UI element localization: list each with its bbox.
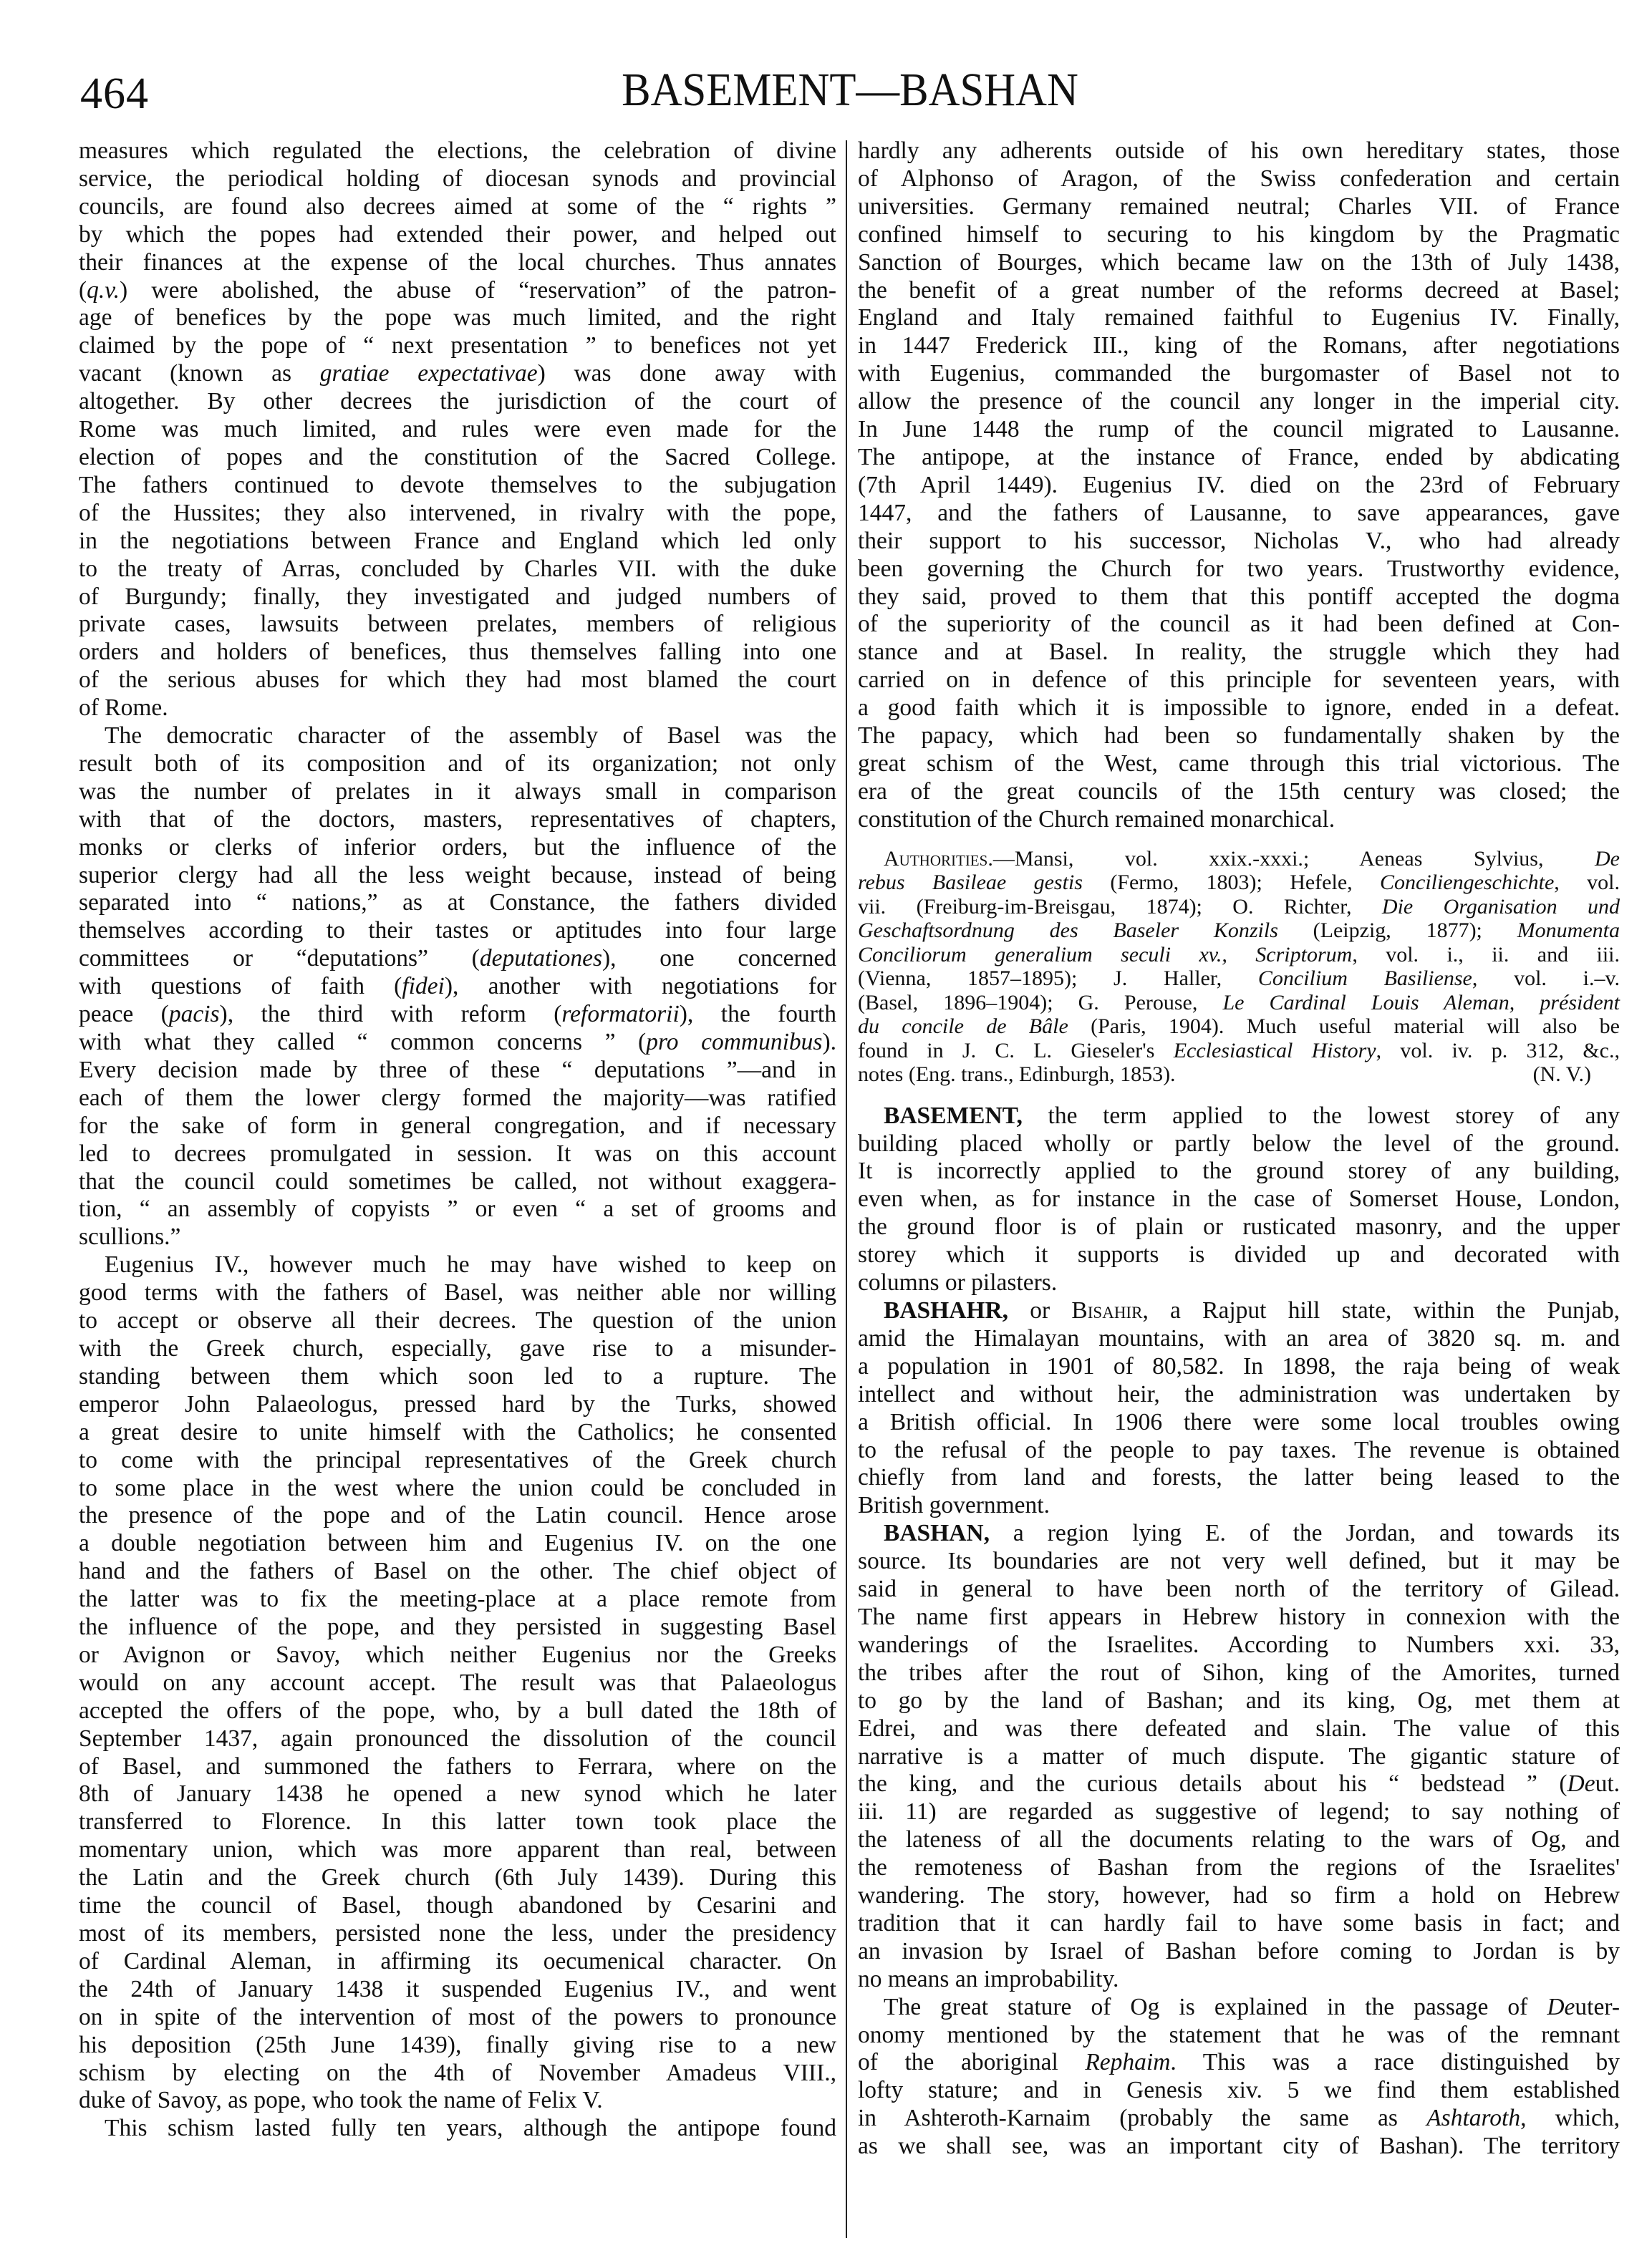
- text-line: the influence of the pope, and they pers…: [79, 1614, 836, 1642]
- text-line: committees or “deputations” (deputatione…: [79, 945, 836, 973]
- alt-prefix: or: [1008, 1297, 1071, 1324]
- text-line: the king, and the curious details about …: [858, 1770, 1620, 1798]
- text-line: claimed by the pope of “ next presentati…: [79, 332, 836, 360]
- text-line: source. Its boundaries are not very well…: [858, 1548, 1620, 1576]
- text-line: to the refusal of the people to pay taxe…: [858, 1437, 1620, 1465]
- entry-headword: BASHAHR,: [884, 1297, 1008, 1324]
- text-line: good terms with the fathers of Basel, wa…: [79, 1279, 836, 1307]
- text-line: to come with the principal representativ…: [79, 1447, 836, 1475]
- text-line: tradition that it can hardly fail to hav…: [858, 1910, 1620, 1938]
- text-line: been governing the Church for two years.…: [858, 556, 1620, 583]
- text-line: The name first appears in Hebrew history…: [858, 1604, 1620, 1632]
- text-line: the lateness of all the documents relati…: [858, 1826, 1620, 1854]
- text-line: superior clergy had all the less weight …: [79, 862, 836, 890]
- text-line: in the negotiations between France and E…: [79, 528, 836, 556]
- text-line: transferred to Florence. In this latter …: [79, 1808, 836, 1836]
- text-line: result both of its composition and of it…: [79, 750, 836, 778]
- text-line: This schism lasted fully ten years, alth…: [79, 2115, 836, 2143]
- text-line: found in J. C. L. Gieseler's Ecclesiasti…: [858, 1039, 1620, 1063]
- text-line: Rome was much limited, and rules were ev…: [79, 416, 836, 444]
- text-line: councils, are found also decrees aimed a…: [79, 193, 836, 221]
- entry-headword: BASEMENT,: [884, 1102, 1023, 1129]
- text-line: BASHAHR, or Bisahir, a Rajput hill state…: [858, 1297, 1620, 1325]
- text-line: measures which regulated the elections, …: [79, 137, 836, 165]
- text-line: wandering. The story, however, had so fi…: [858, 1882, 1620, 1910]
- text-line: was the number of prelates in it always …: [79, 778, 836, 806]
- text-line: by which the popes had extended their po…: [79, 221, 836, 249]
- text-line: (q.v.) were abolished, the abuse of “res…: [79, 277, 836, 305]
- text-line: onomy mentioned by the statement that he…: [858, 2022, 1620, 2050]
- text-line: age of benefices by the pope was much li…: [79, 304, 836, 332]
- text-line: great schism of the West, came through t…: [858, 750, 1620, 778]
- text-line: lofty stature; and in Genesis xiv. 5 we …: [858, 2077, 1620, 2105]
- dictionary-entry: BASHAHR, or Bisahir, a Rajput hill state…: [858, 1297, 1620, 1520]
- text-line: of the serious abuses for which they had…: [79, 667, 836, 694]
- text-line: their finances at the expense of the loc…: [79, 249, 836, 277]
- text-line: hand and the fathers of Basel on the oth…: [79, 1558, 836, 1586]
- text-line: each of them the lower clergy formed the…: [79, 1085, 836, 1113]
- entry-text: the term applied to the lowest storey of…: [1023, 1102, 1620, 1129]
- text-line: the presence of the pope and of the Lati…: [79, 1502, 836, 1530]
- entry-headword: BASHAN,: [884, 1520, 990, 1546]
- text-line: amid the Himalayan mountains, with an ar…: [858, 1325, 1620, 1353]
- alternate-name: Bisahir: [1071, 1297, 1142, 1324]
- entry-text: a region lying E. of the Jordan, and tow…: [990, 1520, 1620, 1546]
- page-number: 464: [80, 69, 149, 120]
- text-line: of Burgundy; finally, they investigated …: [79, 583, 836, 611]
- text-line: allow the presence of the council any lo…: [858, 388, 1620, 416]
- column-divider: [846, 140, 847, 2238]
- text-line: constitution of the Church remained mona…: [858, 806, 1620, 834]
- text-line: would on any account accept. The result …: [79, 1669, 836, 1697]
- text-line: tion, “ an assembly of copyists ” or eve…: [79, 1196, 836, 1223]
- text-line: of the Hussites; they also intervened, i…: [79, 500, 836, 528]
- text-line: (Basel, 1896–1904); G. Perouse, Le Cardi…: [858, 991, 1620, 1015]
- text-line: the benefit of a great number of the ref…: [858, 277, 1620, 305]
- text-line: universities. Germany remained neutral; …: [858, 193, 1620, 221]
- text-line: a British official. In 1906 there were s…: [858, 1409, 1620, 1437]
- text-line: confined himself to securing to his king…: [858, 221, 1620, 249]
- dictionary-entry: BASHAN, a region lying E. of the Jordan,…: [858, 1520, 1620, 1993]
- text-line: election of popes and the constitution o…: [79, 444, 836, 472]
- text-line: to go by the land of Bashan; and its kin…: [858, 1687, 1620, 1715]
- text-line: Geschaftsordnung des Baseler Konzils (Le…: [858, 919, 1620, 943]
- author-signature: (N. V.): [1533, 1062, 1591, 1087]
- text-line: of the aboriginal Rephaim. This was a ra…: [858, 2049, 1620, 2077]
- text-line: hardly any adherents outside of his own …: [858, 137, 1620, 165]
- paragraph: Eugenius IV., however much he may have w…: [79, 1251, 836, 2115]
- text-line: Edrei, and was there defeated and slain.…: [858, 1715, 1620, 1743]
- text-line: Sanction of Bourges, which became law on…: [858, 249, 1620, 277]
- text-line: vii. (Freiburg-im-Breisgau, 1874); O. Ri…: [858, 895, 1620, 919]
- text-line: intellect and without heir, the administ…: [858, 1381, 1620, 1409]
- text-line: storey which it supports is divided up a…: [858, 1241, 1620, 1269]
- text-line: in Ashteroth-Karnaim (probably the same …: [858, 2105, 1620, 2133]
- text-line: an invasion by Israel of Bashan before c…: [858, 1938, 1620, 1966]
- text-line: his deposition (25th June 1439), finally…: [79, 2032, 836, 2060]
- text-line: monks or clerks of inferior orders, but …: [79, 834, 836, 862]
- text-line: accepted the offers of the pope, who, by…: [79, 1697, 836, 1725]
- text-line: of Alphonso of Aragon, of the Swiss conf…: [858, 165, 1620, 193]
- text-line: with questions of faith (fidei), another…: [79, 973, 836, 1001]
- authorities-label: Authorities.: [884, 847, 993, 871]
- text-line: with what they called “ common concerns …: [79, 1029, 836, 1057]
- text-line: Conciliorum generalium seculi xv., Scrip…: [858, 943, 1620, 967]
- text-line: their support to his successor, Nicholas…: [858, 528, 1620, 556]
- text-line: altogether. By other decrees the jurisdi…: [79, 388, 836, 416]
- text-line: to some place in the west where the unio…: [79, 1475, 836, 1503]
- text-line: BASHAN, a region lying E. of the Jordan,…: [858, 1520, 1620, 1548]
- text-line: It is incorrectly applied to the ground …: [858, 1158, 1620, 1186]
- paragraph: The democratic character of the assembly…: [79, 722, 836, 1251]
- text-line: they said, proved to them that this pont…: [858, 583, 1620, 611]
- text-line: narrative is a matter of much dispute. T…: [858, 1743, 1620, 1771]
- text-line: no means an improbability.: [858, 1966, 1620, 1994]
- text-line: (7th April 1449). Eugenius IV. died on t…: [858, 472, 1620, 500]
- text-line: 8th of January 1438 he opened a new syno…: [79, 1780, 836, 1808]
- text-line: the ground floor is of plain or rusticat…: [858, 1213, 1620, 1241]
- text-line: The papacy, which had been so fundamenta…: [858, 722, 1620, 750]
- text-line: orders and holders of benefices, thus th…: [79, 639, 836, 667]
- entry-text: , a Rajput hill state, within the Punjab…: [1142, 1297, 1620, 1324]
- text-line: service, the periodical holding of dioce…: [79, 165, 836, 193]
- text-line: The democratic character of the assembly…: [79, 722, 836, 750]
- text-line: of Cardinal Aleman, in affirming its oec…: [79, 1948, 836, 1976]
- text-line: to accept or observe all their decrees. …: [79, 1307, 836, 1335]
- text-line: private cases, lawsuits between prelates…: [79, 611, 836, 639]
- text-line: a good faith which it is impossible to i…: [858, 694, 1620, 722]
- paragraph: measures which regulated the elections, …: [79, 137, 836, 722]
- text-line: of the superiority of the council as it …: [858, 611, 1620, 639]
- text-line: on in spite of the intervention of most …: [79, 2004, 836, 2032]
- running-title: BASEMENT—BASHAN: [142, 63, 1558, 117]
- authorities-section: Authorities.—Mansi, vol. xxix.-xxxi.; Ae…: [858, 847, 1620, 1087]
- left-column: measures which regulated the elections, …: [79, 137, 836, 2143]
- text-line: said in general to have been north of th…: [858, 1576, 1620, 1604]
- text-line: a double negotiation between him and Eug…: [79, 1530, 836, 1558]
- text-line: peace (pacis), the third with reform (re…: [79, 1001, 836, 1029]
- text-line: the Latin and the Greek church (6th July…: [79, 1864, 836, 1892]
- text-line: duke of Savoy, as pope, who took the nam…: [79, 2087, 836, 2115]
- text-line: with the Greek church, especially, gave …: [79, 1335, 836, 1363]
- text-line: building placed wholly or partly below t…: [858, 1130, 1620, 1158]
- text-line: most of its members, persisted none the …: [79, 1920, 836, 1948]
- text-line: Eugenius IV., however much he may have w…: [79, 1251, 836, 1279]
- text-line: themselves according to their tastes or …: [79, 917, 836, 945]
- text-line: carried on in defence of this principle …: [858, 667, 1620, 694]
- text-line: September 1437, again pronounced the dis…: [79, 1725, 836, 1753]
- text-line: Authorities.—Mansi, vol. xxix.-xxxi.; Ae…: [858, 847, 1620, 871]
- text-line: England and Italy remained faithful to E…: [858, 304, 1620, 332]
- text-line: rebus Basileae gestis (Fermo, 1803); Hef…: [858, 871, 1620, 895]
- text-line: era of the great councils of the 15th ce…: [858, 778, 1620, 806]
- text-line: wanderings of the Israelites. According …: [858, 1632, 1620, 1659]
- text-line: BASEMENT, the term applied to the lowest…: [858, 1102, 1620, 1130]
- text-line: Every decision made by three of these “ …: [79, 1057, 836, 1085]
- text-line: vacant (known as gratiae expectativae) w…: [79, 360, 836, 388]
- text-line: notes (Eng. trans., Edinburgh, 1853).(N.…: [858, 1062, 1620, 1087]
- text-line: of Basel, and summoned the fathers to Fe…: [79, 1753, 836, 1781]
- text-line: 1447, and the fathers of Lausanne, to sa…: [858, 500, 1620, 528]
- text-line: schism by electing on the 4th of Novembe…: [79, 2060, 836, 2088]
- text-line: in 1447 Frederick III., king of the Roma…: [858, 332, 1620, 360]
- text-line: with that of the doctors, masters, repre…: [79, 806, 836, 834]
- text-line: a great desire to unite himself with the…: [79, 1419, 836, 1447]
- text-line: the tribes after the rout of Sihon, king…: [858, 1659, 1620, 1687]
- text-line: that the council could sometimes be call…: [79, 1168, 836, 1196]
- text-line: In June 1448 the rump of the council mig…: [858, 416, 1620, 444]
- text-line: The antipope, at the instance of France,…: [858, 444, 1620, 472]
- text-line: separated into “ nations,” as at Constan…: [79, 889, 836, 917]
- text-line: the latter was to fix the meeting-place …: [79, 1586, 836, 1614]
- text-line: stance and at Basel. In reality, the str…: [858, 639, 1620, 667]
- text-line: The fathers continued to devote themselv…: [79, 472, 836, 500]
- text-line: with Eugenius, commanded the burgomaster…: [858, 360, 1620, 388]
- text-line: to the treaty of Arras, concluded by Cha…: [79, 556, 836, 583]
- text-line: British government.: [858, 1492, 1620, 1520]
- text-line: led to decrees promulgated in session. I…: [79, 1140, 836, 1168]
- right-column: hardly any adherents outside of his own …: [858, 137, 1620, 2161]
- paragraph: The great stature of Og is explained in …: [858, 1994, 1620, 2161]
- text-line: of Rome.: [79, 694, 836, 722]
- page-header: 464 BASEMENT—BASHAN: [80, 63, 1620, 120]
- text-line: the remoteness of Bashan from the region…: [858, 1854, 1620, 1882]
- text-line: scullions.”: [79, 1223, 836, 1251]
- paragraph: This schism lasted fully ten years, alth…: [79, 2115, 836, 2143]
- text-line: time the council of Basel, though abando…: [79, 1892, 836, 1920]
- text-line: even when, as for instance in the case o…: [858, 1186, 1620, 1213]
- dictionary-entry: BASEMENT, the term applied to the lowest…: [858, 1102, 1620, 1297]
- text-line: (Vienna, 1857–1895); J. Haller, Conciliu…: [858, 966, 1620, 991]
- text-line: a population in 1901 of 80,582. In 1898,…: [858, 1353, 1620, 1381]
- text-line: du concile de Bâle (Paris, 1904). Much u…: [858, 1014, 1620, 1039]
- text-line: The great stature of Og is explained in …: [858, 1994, 1620, 2022]
- text-line: the 24th of January 1438 it suspended Eu…: [79, 1976, 836, 2004]
- text-line: for the sake of form in general congrega…: [79, 1113, 836, 1140]
- text-line: chiefly from land and forests, the latte…: [858, 1464, 1620, 1492]
- text-line: columns or pilasters.: [858, 1269, 1620, 1297]
- paragraph: hardly any adherents outside of his own …: [858, 137, 1620, 834]
- text-line: emperor John Palaeologus, pressed hard b…: [79, 1391, 836, 1419]
- text-line: as we shall see, was an important city o…: [858, 2133, 1620, 2161]
- text-line: or Avignon or Savoy, which neither Eugen…: [79, 1642, 836, 1669]
- text-line: momentary union, which was more apparent…: [79, 1836, 836, 1864]
- text-line: iii. 11) are regarded as suggestive of l…: [858, 1798, 1620, 1826]
- text-line: standing between them which soon led to …: [79, 1363, 836, 1391]
